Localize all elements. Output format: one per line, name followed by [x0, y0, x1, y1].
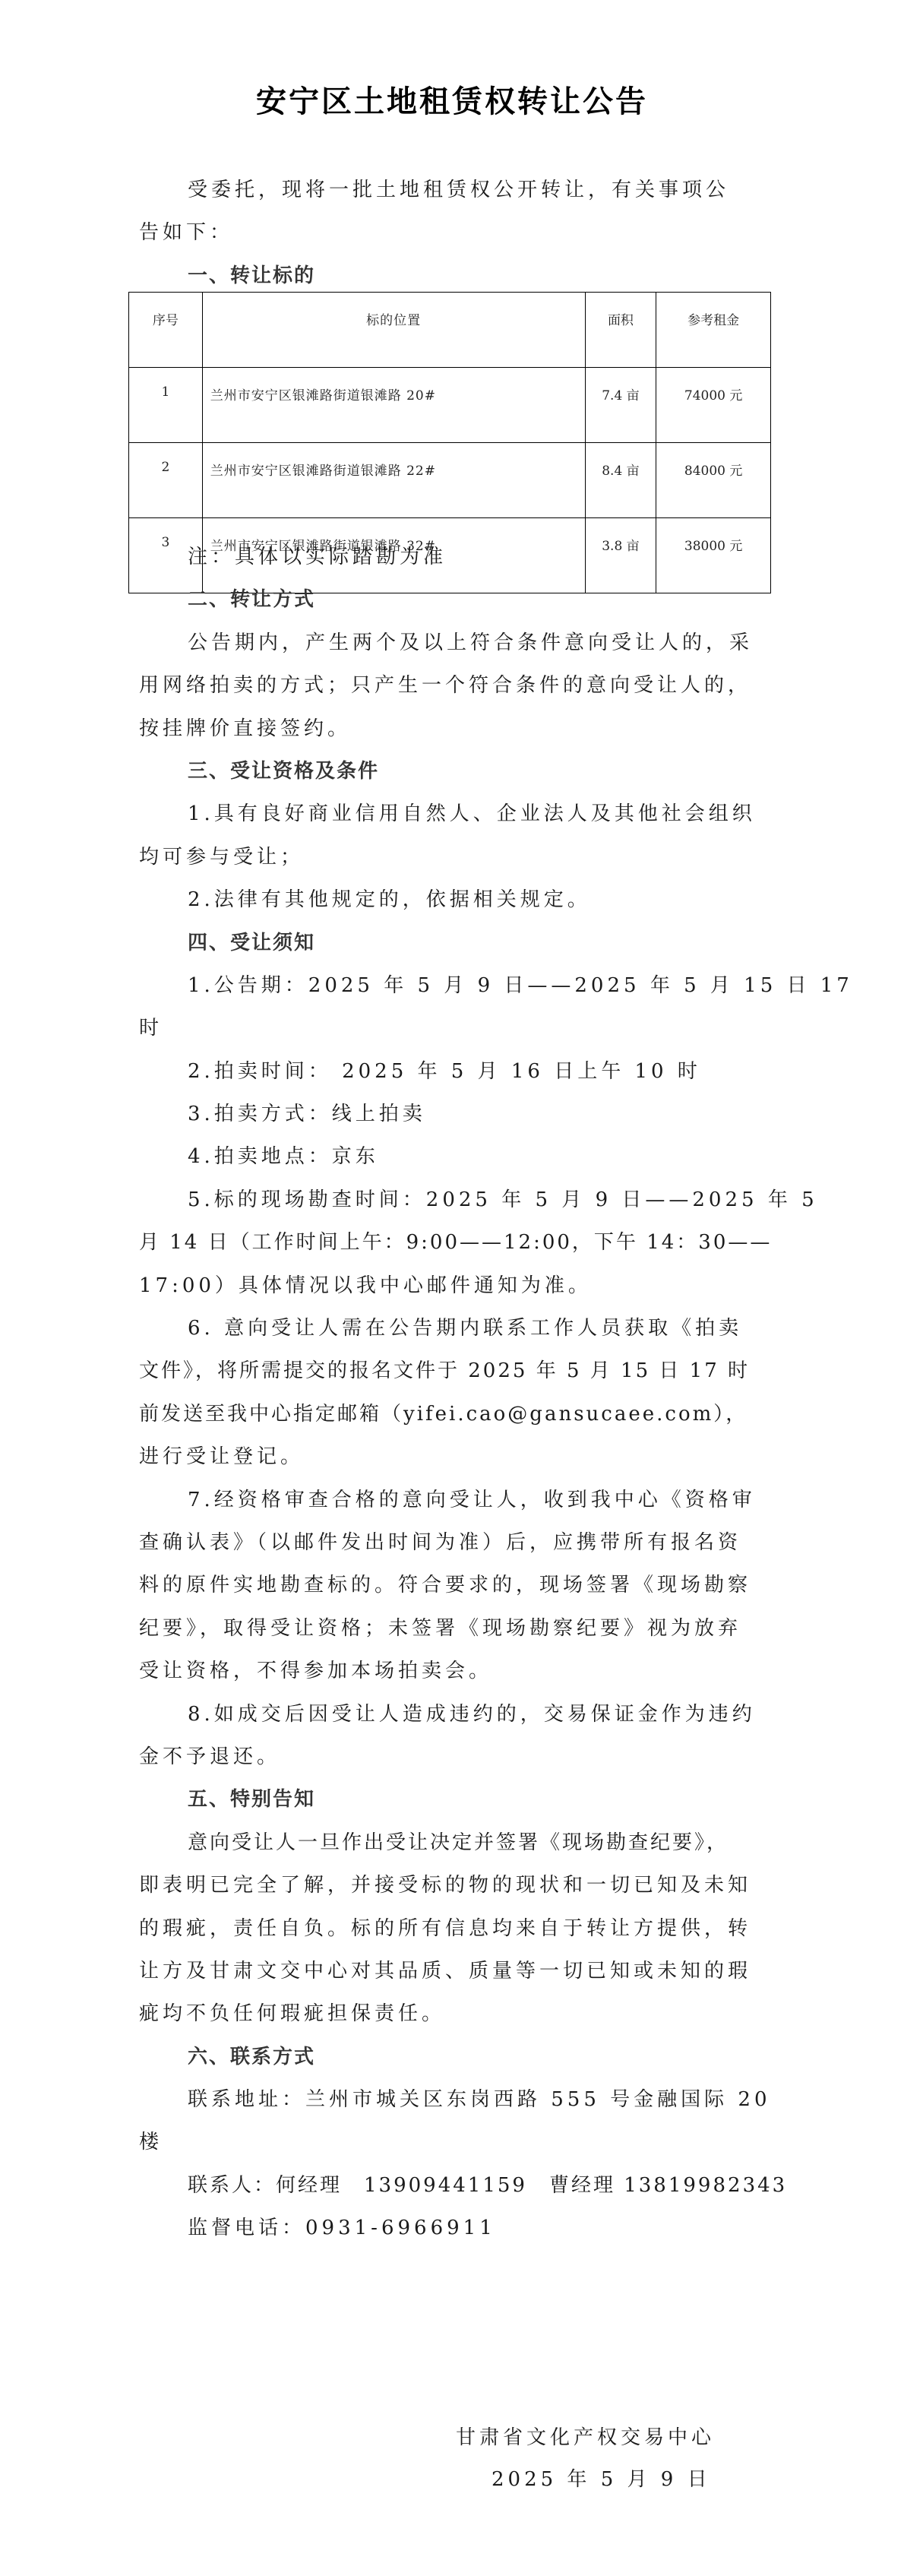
signature-date: 2025 年 5 月 9 日	[492, 2464, 711, 2495]
notice-item-7: 受让资格，不得参加本场拍卖会。	[139, 1650, 777, 1692]
notice-item-7: 纪要》，取得受让资格；未签署《现场勘察纪要》视为放弃	[139, 1607, 777, 1650]
cell-no: 2	[129, 443, 203, 518]
notice-item-6: 6. 意向受让人需在公告期内联系工作人员获取《拍卖	[139, 1307, 777, 1350]
section-heading-1: 一、转让标的	[139, 255, 777, 297]
table-header-row: 序号 标的位置 面积 参考租金	[129, 293, 771, 368]
cell-area: 8.4 亩	[585, 443, 656, 518]
intro-block: 受委托，现将一批土地租赁权公开转让，有关事项公 告如下： 一、转让标的	[139, 169, 777, 297]
notice-item-5: 17:00）具体情况以我中心邮件通知为准。	[139, 1264, 777, 1307]
notice-item-1: 时	[139, 1007, 777, 1049]
notice-item-8: 金不予退还。	[139, 1736, 777, 1778]
intro-line: 受委托，现将一批土地租赁权公开转让，有关事项公	[139, 169, 777, 211]
special-text: 即表明已完全了解，并接受标的物的现状和一切已知及未知	[139, 1864, 777, 1907]
col-header-area: 面积	[585, 293, 656, 368]
table-note: 注：具体以实际踏勘为准	[139, 536, 777, 578]
signature-org: 甘肃省文化产权交易中心	[456, 2423, 715, 2453]
special-text: 意向受让人一旦作出受让决定并签署《现场勘查纪要》，	[139, 1821, 777, 1864]
special-text: 让方及甘肃文交中心对其品质、质量等一切已知或未知的瑕	[139, 1950, 777, 1992]
notice-item-8: 8.如成交后因受让人造成违约的，交易保证金作为违约	[139, 1693, 777, 1736]
method-text: 用网络拍卖的方式；只产生一个符合条件的意向受让人的，	[139, 664, 777, 707]
section-heading-5: 五、特别告知	[139, 1778, 777, 1821]
cell-area: 7.4 亩	[585, 368, 656, 443]
method-text: 公告期内，产生两个及以上符合条件意向受让人的，采	[139, 622, 777, 664]
col-header-rent: 参考租金	[656, 293, 771, 368]
col-header-no: 序号	[129, 293, 203, 368]
notice-item-6: 文件》，将所需提交的报名文件于 2025 年 5 月 15 日 17 时	[139, 1350, 777, 1392]
section-heading-4: 四、受让须知	[139, 922, 777, 964]
notice-item-3: 3.拍卖方式：线上拍卖	[139, 1093, 777, 1135]
body-block: 注：具体以实际踏勘为准 二、转让方式 公告期内，产生两个及以上符合条件意向受让人…	[139, 536, 777, 2250]
section-heading-6: 六、联系方式	[139, 2036, 777, 2078]
contact-supervision-phone: 监督电话：0931-6966911	[139, 2207, 777, 2249]
notice-item-5: 5.标的现场勘查时间：2025 年 5 月 9 日——2025 年 5	[139, 1179, 777, 1221]
notice-item-4: 4.拍卖地点：京东	[139, 1135, 777, 1178]
qualification-item-2: 2.法律有其他规定的，依据相关规定。	[139, 878, 777, 921]
col-header-location: 标的位置	[202, 293, 585, 368]
cell-rent: 74000 元	[656, 368, 771, 443]
table-row: 2 兰州市安宁区银滩路街道银滩路 22# 8.4 亩 84000 元	[129, 443, 771, 518]
special-text: 疵均不负任何瑕疵担保责任。	[139, 1992, 777, 2035]
notice-item-1: 1.公告期：2025 年 5 月 9 日——2025 年 5 月 15 日 17	[139, 964, 777, 1007]
notice-item-6: 进行受让登记。	[139, 1435, 777, 1478]
notice-item-2: 2.拍卖时间： 2025 年 5 月 16 日上午 10 时	[139, 1050, 777, 1093]
contact-persons: 联系人：何经理 13909441159 曹经理 13819982343	[139, 2164, 777, 2207]
contact-address: 楼	[139, 2121, 777, 2163]
section-heading-2: 二、转让方式	[139, 578, 777, 621]
special-text: 的瑕疵，责任自负。标的所有信息均来自于转让方提供，转	[139, 1907, 777, 1950]
method-text: 按挂牌价直接签约。	[139, 707, 777, 750]
notice-item-7: 料的原件实地勘查标的。符合要求的，现场签署《现场勘察	[139, 1564, 777, 1606]
notice-item-6-email: 前发送至我中心指定邮箱（yifei.cao@gansucaee.com），	[139, 1393, 777, 1435]
intro-line: 告如下：	[139, 211, 777, 254]
qualification-item-1: 均可参与受让；	[139, 836, 777, 878]
contact-address: 联系地址：兰州市城关区东岗西路 555 号金融国际 20	[139, 2078, 777, 2121]
qualification-item-1: 1.具有良好商业信用自然人、企业法人及其他社会组织	[139, 793, 777, 835]
notice-item-7: 7.经资格审查合格的意向受让人，收到我中心《资格审	[139, 1479, 777, 1521]
cell-location: 兰州市安宁区银滩路街道银滩路 22#	[202, 443, 585, 518]
page-title: 安宁区土地租赁权转让公告	[0, 82, 904, 122]
cell-location: 兰州市安宁区银滩路街道银滩路 20#	[202, 368, 585, 443]
notice-item-5: 月 14 日（工作时间上午：9:00——12:00，下午 14：30——	[139, 1221, 777, 1264]
cell-rent: 84000 元	[656, 443, 771, 518]
section-heading-3: 三、受让资格及条件	[139, 750, 777, 793]
cell-no: 1	[129, 368, 203, 443]
notice-item-7: 查确认表》（以邮件发出时间为准）后，应携带所有报名资	[139, 1521, 777, 1564]
table-row: 1 兰州市安宁区银滩路街道银滩路 20# 7.4 亩 74000 元	[129, 368, 771, 443]
